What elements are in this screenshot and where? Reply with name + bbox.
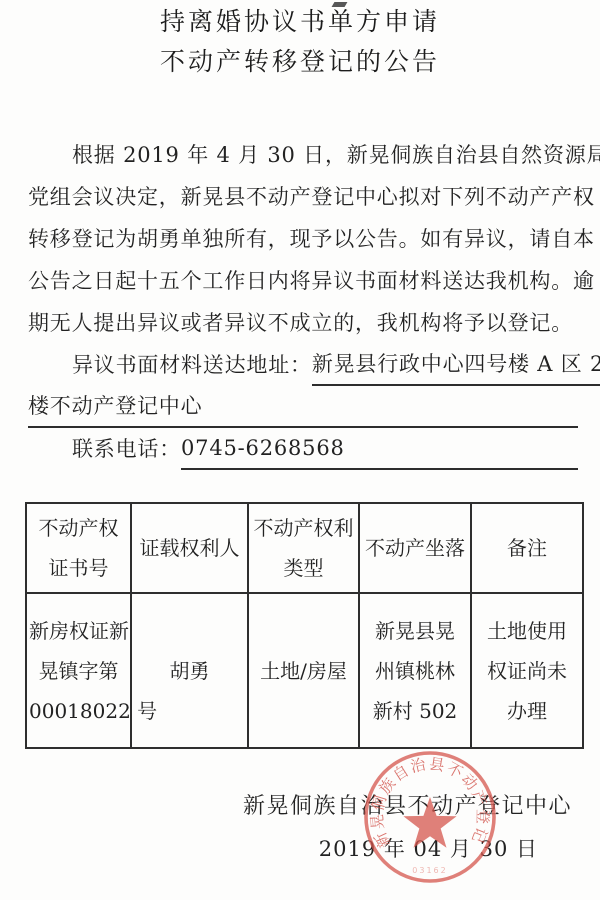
scanned-notice-page: 持离婚协议书单方申请 不动产转移登记的公告 根据 2019 年 4 月 30 日…: [0, 2, 600, 900]
address-value-line-2: 楼不动产登记中心: [28, 386, 578, 428]
paragraph-line: 公告之日起十五个工作日内将异议书面材料送达我机构。逾: [28, 260, 578, 302]
cell-cert-number: 新房权证新 晃镇字第 00018022 号: [26, 593, 131, 748]
phone-line: 联系电话： 0745-6268568: [28, 428, 578, 470]
address-line-1: 异议书面材料送达地址： 新晃县行政中心四号楼 A 区 2: [28, 344, 578, 386]
paragraph-line: 期无人提出异议或者异议不成立的，我机构将予以登记。: [28, 302, 578, 344]
table-header-row: 不动产权 证书号 证载权利人 不动产权利 类型 不动产坐落 备注: [26, 503, 583, 593]
address-label: 异议书面材料送达地址：: [72, 344, 312, 386]
notice-body: 根据 2019 年 4 月 30 日，新晃侗族自治县自然资源局局 党组会议决定，…: [28, 134, 578, 470]
phone-value: 0745-6268568: [181, 428, 578, 470]
paragraph-line: 根据 2019 年 4 月 30 日，新晃侗族自治县自然资源局局: [28, 134, 578, 176]
signature-org: 新晃侗族自治县不动产登记中心: [0, 792, 600, 822]
header-cert-number: 不动产权 证书号: [26, 503, 131, 593]
cell-registered-holder: 胡勇: [131, 593, 248, 748]
phone-label: 联系电话：: [72, 428, 181, 470]
signature-block: 新晃侗族自治县不动产登记中心 2019 年 04 月 30 日: [0, 792, 600, 864]
title-line-2: 不动产转移登记的公告: [0, 42, 600, 82]
property-table: 不动产权 证书号 证载权利人 不动产权利 类型 不动产坐落 备注: [25, 502, 584, 749]
header-property-location: 不动产坐落: [359, 503, 471, 593]
cell-right-type: 土地/房屋: [248, 593, 359, 748]
header-remarks: 备注: [471, 503, 583, 593]
address-value-line-1: 新晃县行政中心四号楼 A 区 2: [312, 344, 600, 386]
title-line-1: 持离婚协议书单方申请: [0, 2, 600, 42]
header-registered-holder: 证载权利人: [131, 503, 248, 593]
cell-property-location: 新晃县晃 州镇桃林 新村 502: [359, 593, 471, 748]
paragraph-line: 党组会议决定，新晃县不动产登记中心拟对下列不动产产权: [28, 176, 578, 218]
seal-code: 03162: [412, 866, 447, 875]
header-right-type: 不动产权利 类型: [248, 503, 359, 593]
cell-remarks: 土地使用 权证尚未 办理: [471, 593, 583, 748]
page-title: 持离婚协议书单方申请 不动产转移登记的公告: [0, 2, 600, 82]
table-row: 新房权证新 晃镇字第 00018022 号 胡勇 土地/房屋 新晃县晃 州镇桃林…: [26, 593, 583, 748]
paragraph-line: 转移登记为胡勇单独所有，现予以公告。如有异议，请自本: [28, 218, 578, 260]
signature-date: 2019 年 04 月 30 日: [0, 834, 600, 864]
